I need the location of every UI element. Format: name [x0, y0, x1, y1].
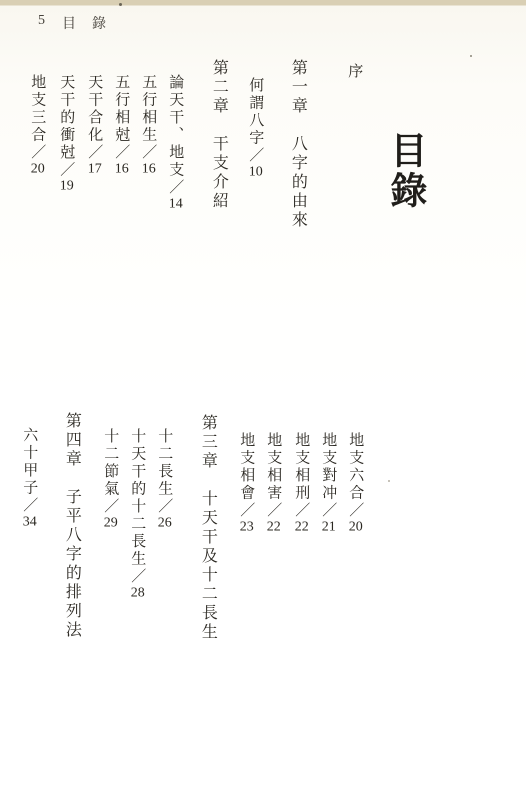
toc-preface-label: 序	[346, 63, 362, 81]
toc-item-label: 地支相害／	[265, 432, 281, 520]
toc-item-label: 天干的衝尅／	[58, 74, 74, 179]
toc-item-page: 14	[168, 197, 183, 211]
toc-item-page: 22	[266, 520, 281, 534]
ink-speck	[388, 480, 390, 482]
toc-item-twelve-solar-terms: 十二節氣／29	[101, 428, 118, 530]
page-number: 5	[38, 13, 46, 29]
toc-item-page: 22	[294, 520, 309, 534]
toc-item-sixty-jiazi: 六十甲子／34	[20, 427, 37, 529]
ink-speck	[119, 3, 122, 6]
toc-item-page: 23	[239, 520, 254, 534]
toc-item-label: 何謂八字／	[247, 77, 263, 165]
toc-item-five-elements-restriction: 五行相尅／16	[112, 74, 129, 176]
toc-preface: 序	[345, 63, 362, 81]
toc-chapter-4: 第四章 子平八字的排列法	[62, 412, 80, 640]
toc-item-label: 天干合化／	[86, 74, 102, 162]
toc-item-label: 地支對冲／	[320, 432, 336, 520]
toc-item-stem-combination: 天干合化／17	[85, 74, 102, 176]
toc-item-five-elements-generation: 五行相生／16	[139, 74, 156, 176]
toc-item-label: 論天干、地支／	[167, 74, 183, 197]
toc-item-page: 19	[59, 179, 74, 193]
toc-item-label: 五行相生／	[140, 74, 156, 162]
ink-speck	[470, 55, 472, 57]
toc-item-stems-branches: 論天干、地支／14	[166, 74, 183, 211]
toc-item-page: 29	[103, 516, 118, 530]
toc-item-label: 十二長生／	[156, 428, 172, 516]
toc-chapter-1: 第一章 八字的由來	[288, 59, 306, 230]
toc-chapter-2: 第二章 干支介紹	[209, 59, 227, 211]
toc-item-label: 地支相刑／	[293, 432, 309, 520]
toc-item-label: 地支相會／	[238, 432, 254, 520]
toc-chapter-3: 第三章 十天干及十二長生	[198, 414, 216, 642]
toc-item-page: 34	[22, 515, 37, 529]
toc-item-page: 10	[248, 165, 263, 179]
toc-item-label: 十二節氣／	[102, 428, 118, 516]
running-header-title: 目 錄	[62, 13, 107, 33]
toc-item-label: 十天干的十二長生／	[129, 428, 145, 586]
toc-chapter-label: 第三章 十天干及十二長生	[199, 414, 216, 642]
toc-item-page: 21	[321, 520, 336, 534]
toc-item-label: 六十甲子／	[21, 427, 37, 515]
toc-item-page: 20	[348, 520, 363, 534]
toc-item-branch-punishment: 地支相刑／22	[292, 432, 309, 534]
toc-item-branch-meeting: 地支相會／23	[237, 432, 254, 534]
toc-item-branch-harm: 地支相害／22	[264, 432, 281, 534]
toc-item-ten-stems-twelve-stages: 十天干的十二長生／28	[128, 428, 145, 600]
toc-item-branch-opposition: 地支對冲／21	[319, 432, 336, 534]
toc-item-branch-six-combination: 地支六合／20	[346, 432, 363, 534]
page-title: 目錄	[384, 131, 423, 211]
toc-chapter-label: 第四章 子平八字的排列法	[63, 412, 80, 640]
toc-item-label: 地支三合／	[29, 74, 45, 162]
toc-item-page: 26	[157, 516, 172, 530]
toc-item-what-is-bazi: 何謂八字／10	[246, 77, 263, 179]
book-page: 5 目 錄 目錄 序 第一章 八字的由來 何謂八字／10 第二章 干支介紹 論天…	[0, 0, 526, 791]
toc-item-page: 16	[141, 162, 156, 176]
toc-item-label: 五行相尅／	[113, 74, 129, 162]
toc-item-twelve-life-stages: 十二長生／26	[155, 428, 172, 530]
toc-item-page: 16	[114, 162, 129, 176]
toc-chapter-label: 第一章 八字的由來	[289, 59, 306, 230]
toc-item-page: 17	[87, 162, 102, 176]
toc-chapter-label: 第二章 干支介紹	[210, 59, 227, 211]
toc-item-stem-clash: 天干的衝尅／19	[57, 74, 74, 193]
toc-item-branch-triple-combination: 地支三合／20	[28, 74, 45, 176]
toc-item-page: 28	[130, 586, 145, 600]
toc-item-page: 20	[30, 162, 45, 176]
toc-item-label: 地支六合／	[347, 432, 363, 520]
